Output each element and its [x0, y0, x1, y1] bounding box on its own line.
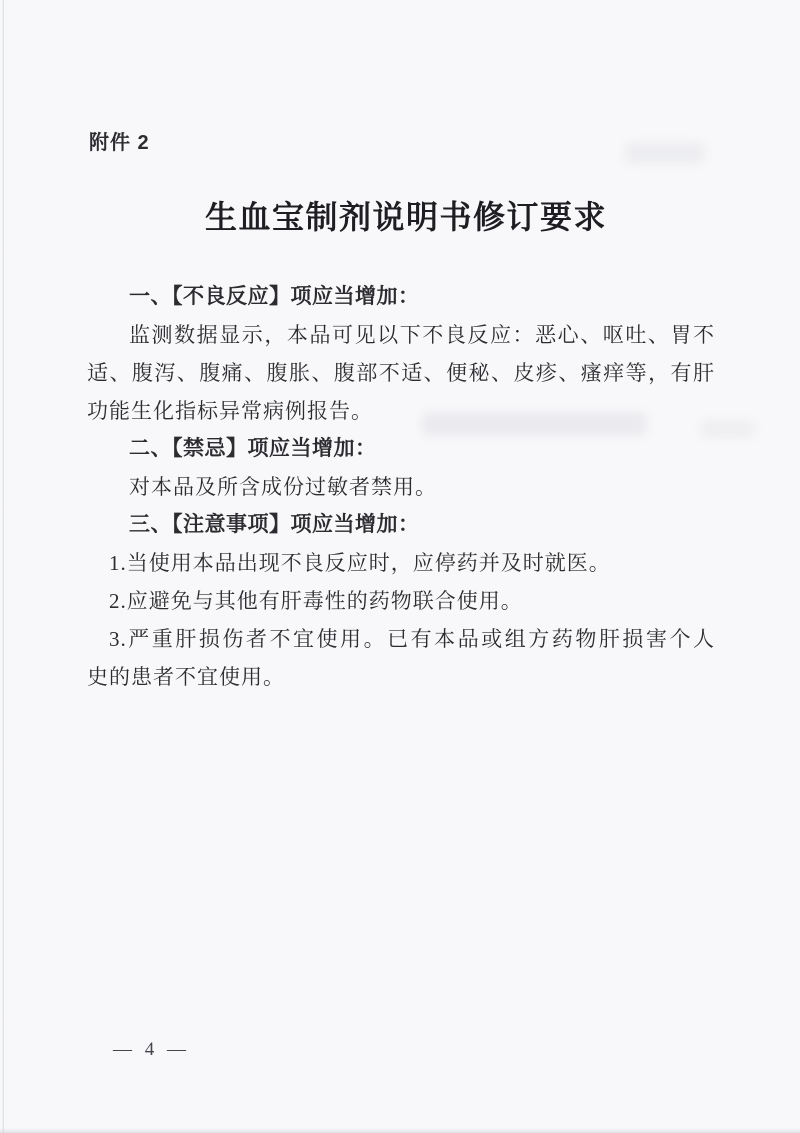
page-number: — 4 — [113, 1038, 190, 1062]
section-heading-contraindications: 二、【禁忌】项应当增加： [87, 430, 715, 468]
text-line: 监测数据显示，本品可见以下不良反应：恶心、呕吐、胃不 [87, 316, 715, 354]
section-heading-adverse-reactions: 一、【不良反应】项应当增加： [87, 278, 715, 316]
text-line-item-2: 2.应避免与其他有肝毒性的药物联合使用。 [87, 582, 715, 620]
scanned-document-page: 附件 2 生血宝制剂说明书修订要求 一、【不良反应】项应当增加： 监测数据显示，… [0, 0, 800, 1133]
scan-edge-bottom [0, 1128, 800, 1133]
attachment-label: 附件 2 [89, 131, 150, 155]
text-line: 适、腹泻、腹痛、腹胀、腹部不适、便秘、皮疹、瘙痒等，有肝 [87, 354, 715, 392]
bleedthrough-artifact [625, 142, 705, 164]
section-heading-precautions: 三、【注意事项】项应当增加： [87, 506, 715, 544]
text-line: 功能生化指标异常病例报告。 [87, 392, 715, 430]
scan-edge-left [1, 0, 4, 1133]
text-line: 史的患者不宜使用。 [87, 658, 715, 696]
text-line-item-3: 3.严重肝损伤者不宜使用。已有本品或组方药物肝损害个人 [87, 620, 715, 658]
document-body: 一、【不良反应】项应当增加： 监测数据显示，本品可见以下不良反应：恶心、呕吐、胃… [87, 278, 715, 696]
text-line-item-1: 1.当使用本品出现不良反应时，应停药并及时就医。 [87, 544, 715, 582]
text-line: 对本品及所含成份过敏者禁用。 [87, 468, 715, 506]
document-title: 生血宝制剂说明书修订要求 [87, 198, 715, 236]
